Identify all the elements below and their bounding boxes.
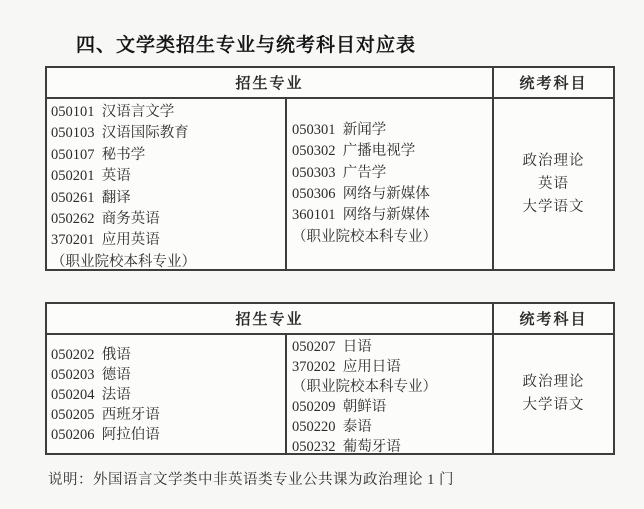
major-line: 050301 新闻学 [292,120,490,141]
major-line: （职业院校本科专业） [292,227,490,248]
major-line: 050306 网络与新媒体 [292,184,490,205]
table-2-subjects-cell: 政治理论大学语文 [494,335,613,453]
table-2-header-majors: 招生专业 [47,304,494,333]
table-1-header-subjects: 统考科目 [494,68,613,97]
major-line: （职业院校本科专业） [292,377,490,397]
table-2-majors-column-1: 050202 俄语050203 德语050204 法语050205 西班牙语05… [47,335,287,453]
major-line: 050202 俄语 [51,345,283,365]
majors-subjects-table-2: 招生专业 统考科目 050202 俄语050203 德语050204 法语050… [45,302,615,455]
major-line: 050303 广告学 [292,163,490,184]
major-line: 370202 应用日语 [292,357,490,377]
document-page: 四、文学类招生专业与统考科目对应表 招生专业 统考科目 050101 汉语言文学… [0,0,644,509]
subject-line: 大学语文 [523,394,585,417]
major-line: 050262 商务英语 [51,209,283,230]
major-line: 050206 阿拉伯语 [51,425,283,445]
major-line: 050103 汉语国际教育 [51,123,283,144]
table-1-majors-column-2: 050301 新闻学050302 广播电视学050303 广告学050306 网… [287,99,494,269]
table-1-body-row: 050101 汉语言文学050103 汉语国际教育050107 秘书学05020… [47,99,613,269]
page-title: 四、文学类招生专业与统考科目对应表 [76,30,416,57]
major-line: 050204 法语 [51,385,283,405]
major-line: 050203 德语 [51,365,283,385]
major-line: 050220 泰语 [292,417,490,437]
table-1-subjects-cell: 政治理论英语大学语文 [494,99,613,269]
major-line: 050302 广播电视学 [292,141,490,162]
subject-line: 英语 [538,173,569,196]
major-line: 050209 朝鲜语 [292,397,490,417]
major-line: 050207 日语 [292,337,490,357]
explanation-note: 说明：外国语言文学类中非英语类专业公共课为政治理论 1 门 [48,468,454,489]
table-2-header-subjects: 统考科目 [494,304,613,333]
major-line: （职业院校本科专业） [51,252,283,273]
table-1-header-row: 招生专业 统考科目 [47,68,613,99]
table-2-header-row: 招生专业 统考科目 [47,304,613,335]
subject-line: 大学语文 [523,196,585,219]
major-line: 050232 葡萄牙语 [292,437,490,457]
table-2-majors-column-2: 050207 日语370202 应用日语（职业院校本科专业）050209 朝鲜语… [287,335,494,453]
table-1-header-majors: 招生专业 [47,68,494,97]
major-line: 050205 西班牙语 [51,405,283,425]
major-line: 050261 翻译 [51,188,283,209]
subject-line: 政治理论 [523,150,585,173]
major-line: 050201 英语 [51,166,283,187]
major-line: 370201 应用英语 [51,230,283,251]
subject-line: 政治理论 [523,371,585,394]
table-2-body-row: 050202 俄语050203 德语050204 法语050205 西班牙语05… [47,335,613,453]
major-line: 360101 网络与新媒体 [292,205,490,226]
major-line: 050107 秘书学 [51,145,283,166]
table-1-majors-column-1: 050101 汉语言文学050103 汉语国际教育050107 秘书学05020… [47,99,287,269]
major-line: 050101 汉语言文学 [51,102,283,123]
majors-subjects-table-1: 招生专业 统考科目 050101 汉语言文学050103 汉语国际教育05010… [45,66,615,271]
